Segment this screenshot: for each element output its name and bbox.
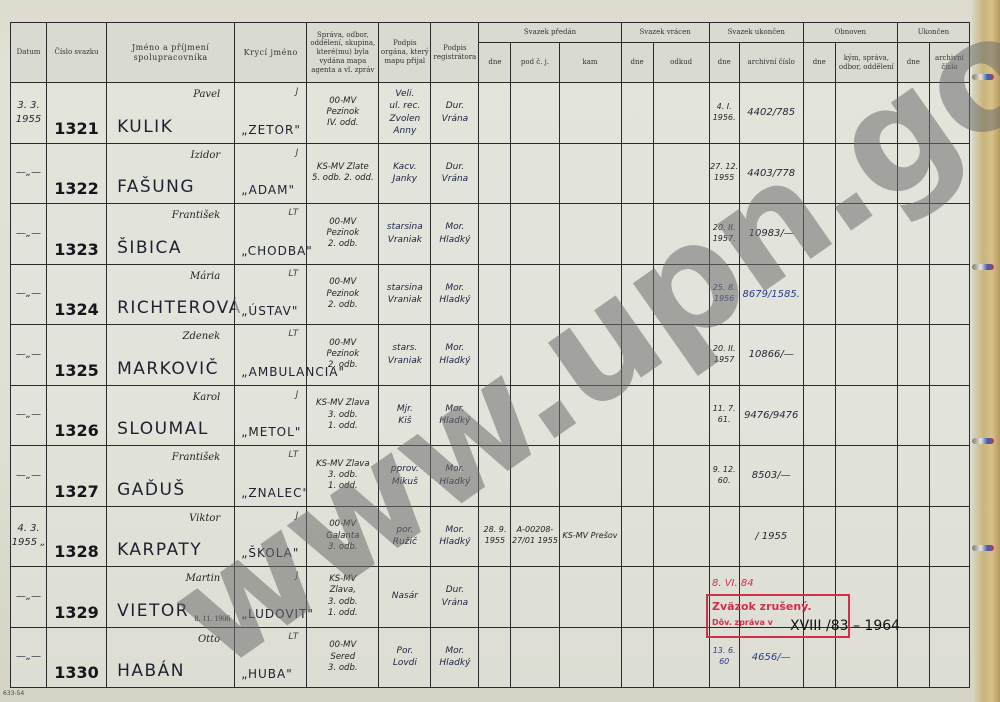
cell-ukoncen-archivni: 4403/778 xyxy=(739,143,803,204)
table-row: 3. 3. 1955 1321 Pavel KULIK J „ZETOR" 00… xyxy=(11,83,970,144)
header-cislo-svazku: Číslo svazku xyxy=(47,23,107,83)
cell-cislo: 1325 xyxy=(47,325,107,386)
line: Hladký xyxy=(431,355,478,368)
cell-vracen-odkud xyxy=(653,446,709,507)
cell-registrar-signature: Dur.Vrána xyxy=(431,83,479,144)
line: Vraniak xyxy=(379,355,430,368)
last-name: RICHTEROVÁ xyxy=(117,298,242,318)
category-mark: LT xyxy=(288,208,298,218)
binder-spine xyxy=(972,0,1000,702)
volume-number: 1322 xyxy=(54,179,99,198)
cell-ukoncen-archivni: 9476/9476 xyxy=(739,385,803,446)
cell-department: KS-MVZlava,3. odb.1. odd. xyxy=(307,567,379,628)
line: Zlava, xyxy=(307,585,378,596)
line: Dur. xyxy=(431,584,478,597)
cell-obnoven-kym xyxy=(835,325,897,386)
cell-registrar-signature: Mor.Hladký xyxy=(431,627,479,688)
cell-ukoncen-dne xyxy=(709,506,739,567)
cell-ukoncen-dne: 9. 12. 60. xyxy=(709,446,739,507)
last-name: VIETOR xyxy=(117,601,189,621)
cell-organ-signature: Por.Lovdi xyxy=(379,627,431,688)
line: Mikuš xyxy=(379,476,430,489)
last-name: MARKOVIČ xyxy=(117,359,219,379)
line: Mor. xyxy=(431,342,478,355)
line: Hladký xyxy=(431,657,478,670)
line: Hladký xyxy=(431,536,478,549)
first-name: Otto xyxy=(198,634,220,645)
line: Pezinok xyxy=(307,289,378,300)
header-ukoncen2-dne: dne xyxy=(897,43,929,83)
cover-name: „ADAM" xyxy=(241,183,295,197)
cell-ukoncen2-archivni xyxy=(929,83,969,144)
cell-datum: —„— xyxy=(11,264,47,325)
last-name: GAĎUŠ xyxy=(117,480,186,500)
line: 3. odb. xyxy=(307,410,378,421)
line: KS-MV Zlava xyxy=(307,398,378,409)
form-code: 633-54 xyxy=(3,690,24,697)
cell-predan-cj xyxy=(511,204,559,265)
cell-ukoncen-dne: 4. I. 1956. xyxy=(709,83,739,144)
cell-obnoven-dne xyxy=(803,143,835,204)
cell-predan-dne xyxy=(479,385,511,446)
cell-department: KS-MV Zlava3. odb.1. odd. xyxy=(307,385,379,446)
register-table: Datum Číslo svazku Jméno a příjmení spol… xyxy=(10,22,970,688)
volume-number: 1326 xyxy=(54,421,99,440)
cell-vracen-dne xyxy=(621,264,653,325)
first-name: Pavel xyxy=(193,89,220,100)
volume-number: 1323 xyxy=(54,240,99,259)
cell-ukoncen-archivni: 8679/1585. xyxy=(739,264,803,325)
volume-number: 1324 xyxy=(54,300,99,319)
line: Kacv. xyxy=(379,161,430,174)
cell-cislo: 1326 xyxy=(47,385,107,446)
line: Vraniak xyxy=(379,234,430,247)
cell-cislo: 1321 xyxy=(47,83,107,144)
last-name: KARPATY xyxy=(117,540,202,560)
cell-ukoncen2-archivni xyxy=(929,325,969,386)
cell-ukoncen2-archivni xyxy=(929,567,969,628)
cell-ukoncen-dne: 27. 12. 1955 xyxy=(709,143,739,204)
last-name: FAŠUNG xyxy=(117,177,195,197)
birth-date: 8. 11. 1906 xyxy=(195,614,231,623)
line: Nasár xyxy=(379,590,430,603)
line: 00-MV xyxy=(307,217,378,228)
binder-ring xyxy=(972,545,994,551)
stamp-date: 8. VI. 84 xyxy=(712,578,754,589)
cell-predan-cj xyxy=(511,264,559,325)
cell-predan-dne xyxy=(479,204,511,265)
cell-cover-name: LT „ÚSTAV" xyxy=(235,264,307,325)
cell-organ-signature: starsinaVraniak xyxy=(379,204,431,265)
cell-registrar-signature: Dur.Vrána xyxy=(431,143,479,204)
line: Ružič xyxy=(379,536,430,549)
cell-vracen-dne xyxy=(621,446,653,507)
cell-organ-signature: starsinaVraniak xyxy=(379,264,431,325)
line: Mor. xyxy=(431,524,478,537)
ledger-page: Datum Číslo svazku Jméno a příjmení spol… xyxy=(0,0,1000,702)
cell-cover-name: J „ŠKOLA" xyxy=(235,506,307,567)
cell-predan-kam xyxy=(559,143,621,204)
category-mark: LT xyxy=(288,269,298,279)
cell-department: 00-MVPezinokIV. odd. xyxy=(307,83,379,144)
cell-predan-cj: A-00208-27/01 1955 xyxy=(511,506,559,567)
header-podpis-organu: Podpis orgána, který mapu přijal xyxy=(379,23,431,83)
cell-obnoven-dne xyxy=(803,325,835,386)
line: KS-MV Zlava xyxy=(307,459,378,470)
cell-cislo: 1329 xyxy=(47,567,107,628)
volume-number: 1328 xyxy=(54,542,99,561)
cell-ukoncen-archivni: / 1955 xyxy=(739,506,803,567)
first-name: Zdenek xyxy=(183,331,221,342)
cell-datum: 4. 3. 1955 „ xyxy=(11,506,47,567)
cell-obnoven-dne xyxy=(803,385,835,446)
cell-predan-kam xyxy=(559,83,621,144)
cell-ukoncen2-archivni xyxy=(929,506,969,567)
last-name: ŠIBICA xyxy=(117,238,182,258)
first-name: František xyxy=(172,452,220,463)
cell-department: 00-MVGalanta3. odb. xyxy=(307,506,379,567)
cell-ukoncen2-dne xyxy=(897,83,929,144)
line: Galanta xyxy=(307,531,378,542)
cell-cover-name: J „ADAM" xyxy=(235,143,307,204)
cell-predan-cj xyxy=(511,83,559,144)
header-predan-cj: pod č. j. xyxy=(511,43,559,83)
cell-ukoncen2-dne xyxy=(897,627,929,688)
line: 00-MV xyxy=(307,640,378,651)
cell-organ-signature: pprov.Mikuš xyxy=(379,446,431,507)
cell-cislo: 1328 xyxy=(47,506,107,567)
cell-ukoncen-dne: 11. 7. 61. xyxy=(709,385,739,446)
line: Sered xyxy=(307,652,378,663)
header-sprava: Správa, odbor, oddělení, skupina, které(… xyxy=(307,23,379,83)
cell-obnoven-kym xyxy=(835,385,897,446)
cell-vracen-odkud xyxy=(653,506,709,567)
line: KS-MV Zlate xyxy=(307,162,378,173)
line: Hladký xyxy=(431,476,478,489)
header-predan-dne: dne xyxy=(479,43,511,83)
cell-obnoven-dne xyxy=(803,264,835,325)
first-name: Mária xyxy=(190,271,220,282)
volume-number: 1330 xyxy=(54,663,99,682)
cell-department: 00-MVSered3. odb. xyxy=(307,627,379,688)
cover-name: „HUBA" xyxy=(241,667,293,681)
category-mark: J xyxy=(296,511,299,521)
cell-organ-signature: stars.Vraniak xyxy=(379,325,431,386)
cell-registrar-signature: Mor.Hladký xyxy=(431,385,479,446)
volume-number: 1321 xyxy=(54,119,99,138)
cell-predan-dne xyxy=(479,83,511,144)
header-kryci-jmeno: Krycí jméno xyxy=(235,23,307,83)
cell-registrar-signature: Mor.Hladký xyxy=(431,446,479,507)
line: Pezinok xyxy=(307,349,378,360)
cell-ukoncen2-dne xyxy=(897,446,929,507)
line: 00-MV xyxy=(307,519,378,530)
line: 1. odd. xyxy=(307,481,378,492)
cell-obnoven-kym xyxy=(835,83,897,144)
cell-name: Mária RICHTEROVÁ xyxy=(107,264,235,325)
cell-name: Zdenek MARKOVIČ xyxy=(107,325,235,386)
cell-predan-kam xyxy=(559,385,621,446)
line: Kiš xyxy=(379,415,430,428)
cell-ukoncen2-dne xyxy=(897,325,929,386)
line: Mor. xyxy=(431,645,478,658)
cell-ukoncen-dne: 25. 8. 1956 xyxy=(709,264,739,325)
line: Vrána xyxy=(431,113,478,126)
header-ukoncen2-archivni: archivní číslo xyxy=(929,43,969,83)
header-ukoncen-dne: dne xyxy=(709,43,739,83)
cell-obnoven-dne xyxy=(803,204,835,265)
cell-datum: —„— xyxy=(11,627,47,688)
cell-organ-signature: por.Ružič xyxy=(379,506,431,567)
cell-vracen-dne xyxy=(621,627,653,688)
cell-department: KS-MV Zlate5. odb. 2. odd. xyxy=(307,143,379,204)
first-name: Karol xyxy=(193,392,220,403)
cell-ukoncen-archivni: 4402/785 xyxy=(739,83,803,144)
cell-name: Viktor KARPATY xyxy=(107,506,235,567)
cell-cover-name: LT „ZNALEC" xyxy=(235,446,307,507)
cell-registrar-signature: Mor.Hladký xyxy=(431,506,479,567)
header-vracen-dne: dne xyxy=(621,43,653,83)
cell-name: František ŠIBICA xyxy=(107,204,235,265)
line: Hladký xyxy=(431,234,478,247)
cell-cislo: 1330 xyxy=(47,627,107,688)
cell-cover-name: J „METOL" xyxy=(235,385,307,446)
cell-obnoven-kym xyxy=(835,204,897,265)
cell-cover-name: J „ZETOR" xyxy=(235,83,307,144)
line: ul. rec. xyxy=(379,100,430,113)
cover-name: „AMBULANCIA" xyxy=(241,365,345,379)
cell-predan-cj xyxy=(511,446,559,507)
cell-vracen-dne xyxy=(621,567,653,628)
table-row: —„— 1325 Zdenek MARKOVIČ LT „AMBULANCIA"… xyxy=(11,325,970,386)
header-podpis-registratora: Podpis registrátora xyxy=(431,23,479,83)
cell-name: Martin VIETOR 8. 11. 1906 xyxy=(107,567,235,628)
cell-obnoven-kym xyxy=(835,264,897,325)
cell-organ-signature: Mjr.Kiš xyxy=(379,385,431,446)
cell-predan-kam xyxy=(559,325,621,386)
cell-ukoncen2-archivni xyxy=(929,446,969,507)
line: starsina xyxy=(379,282,430,295)
line: Anny xyxy=(379,125,430,138)
volume-number: 1329 xyxy=(54,603,99,622)
cell-ukoncen2-dne xyxy=(897,506,929,567)
cell-ukoncen2-archivni xyxy=(929,627,969,688)
cell-registrar-signature: Dur.Vrána xyxy=(431,567,479,628)
line: Mjr. xyxy=(379,403,430,416)
cell-vracen-dne xyxy=(621,83,653,144)
cell-predan-dne xyxy=(479,325,511,386)
cell-vracen-dne xyxy=(621,385,653,446)
cell-ukoncen2-dne xyxy=(897,385,929,446)
cover-name: „CHODBA" xyxy=(241,244,313,258)
header-obnoven: Obnoven xyxy=(803,23,897,43)
cover-name: „LUDOVIT" xyxy=(241,607,314,621)
line: 1. odd. xyxy=(307,608,378,619)
line: Dur. xyxy=(431,161,478,174)
header-datum: Datum xyxy=(11,23,47,83)
cell-predan-cj xyxy=(511,567,559,628)
line: 5. odb. 2. odd. xyxy=(307,173,378,184)
cell-name: Otto HABÁN xyxy=(107,627,235,688)
last-name: KULIK xyxy=(117,117,173,137)
cell-vracen-dne xyxy=(621,506,653,567)
cell-predan-dne: 28. 9. 1955 xyxy=(479,506,511,567)
cell-obnoven-kym xyxy=(835,143,897,204)
line: Mor. xyxy=(431,221,478,234)
cell-datum: —„— xyxy=(11,325,47,386)
binder-ring xyxy=(972,74,994,80)
line: 3. odb. xyxy=(307,470,378,481)
cell-registrar-signature: Mor.Hladký xyxy=(431,325,479,386)
line: 3. odb. xyxy=(307,597,378,608)
line: Vrána xyxy=(431,597,478,610)
line: Por. xyxy=(379,645,430,658)
line: pprov. xyxy=(379,463,430,476)
cell-obnoven-kym xyxy=(835,506,897,567)
cell-predan-dne xyxy=(479,143,511,204)
line: KS-MV xyxy=(307,574,378,585)
line: 2. odb. xyxy=(307,239,378,250)
line: Pezinok xyxy=(307,107,378,118)
cell-datum: —„— xyxy=(11,204,47,265)
cell-vracen-odkud xyxy=(653,385,709,446)
cell-cislo: 1323 xyxy=(47,204,107,265)
header-svazek-vracen: Svazek vrácen xyxy=(621,23,709,43)
cell-predan-cj xyxy=(511,143,559,204)
cell-ukoncen2-archivni xyxy=(929,264,969,325)
cell-predan-cj xyxy=(511,627,559,688)
cell-vracen-odkud xyxy=(653,264,709,325)
cell-ukoncen2-dne xyxy=(897,567,929,628)
category-mark: J xyxy=(296,87,299,97)
cell-ukoncen-archivni: 8503/— xyxy=(739,446,803,507)
category-mark: J xyxy=(296,571,299,581)
line: 1. odd. xyxy=(307,421,378,432)
line: 00-MV xyxy=(307,277,378,288)
line: 2. odb. xyxy=(307,300,378,311)
line: Vrána xyxy=(431,173,478,186)
line: 00-MV xyxy=(307,338,378,349)
cell-obnoven-dne xyxy=(803,506,835,567)
cell-registrar-signature: Mor.Hladký xyxy=(431,204,479,265)
line: Lovdi xyxy=(379,657,430,670)
line: 3. odb. xyxy=(307,663,378,674)
binder-ring xyxy=(972,264,994,270)
cell-cover-name: J „LUDOVIT" xyxy=(235,567,307,628)
cell-predan-kam xyxy=(559,627,621,688)
cover-name: „ZNALEC" xyxy=(241,486,309,500)
first-name: Viktor xyxy=(189,513,220,524)
cell-vracen-dne xyxy=(621,204,653,265)
table-row: —„— 1324 Mária RICHTEROVÁ LT „ÚSTAV" 00-… xyxy=(11,264,970,325)
line: Hladký xyxy=(431,294,478,307)
header-ukoncen: Ukončen xyxy=(897,23,969,43)
cell-predan-kam xyxy=(559,204,621,265)
table-row: —„— 1326 Karol SLOUMAL J „METOL" KS-MV Z… xyxy=(11,385,970,446)
cell-ukoncen2-archivni xyxy=(929,204,969,265)
cell-ukoncen2-archivni xyxy=(929,385,969,446)
cell-vracen-odkud xyxy=(653,627,709,688)
line: Mor. xyxy=(431,463,478,476)
cell-ukoncen-dne: 20. II. 1957. xyxy=(709,204,739,265)
last-name: HABÁN xyxy=(117,661,185,681)
cell-datum: —„— xyxy=(11,385,47,446)
cell-cislo: 1322 xyxy=(47,143,107,204)
category-mark: LT xyxy=(288,632,298,642)
line: Janky xyxy=(379,173,430,186)
line: Mor. xyxy=(431,403,478,416)
table-row: —„— 1323 František ŠIBICA LT „CHODBA" 00… xyxy=(11,204,970,265)
line: Vraniak xyxy=(379,294,430,307)
line: starsina xyxy=(379,221,430,234)
cell-vracen-dne xyxy=(621,325,653,386)
cell-predan-cj xyxy=(511,385,559,446)
stamp-reference: XVIII /83 – 1964 xyxy=(790,618,900,634)
header-obnoven-kym: kým, správa, odbor, oddělení xyxy=(835,43,897,83)
cell-department: 00-MVPezinok2. odb. xyxy=(307,204,379,265)
header-svazek-predan: Svazek předán xyxy=(479,23,621,43)
category-mark: LT xyxy=(288,450,298,460)
cell-predan-cj xyxy=(511,325,559,386)
table-row: —„— 1322 Izidor FAŠUNG J „ADAM" KS-MV Zl… xyxy=(11,143,970,204)
cover-name: „ŠKOLA" xyxy=(241,546,299,560)
cover-name: „ZETOR" xyxy=(241,123,301,137)
cell-cover-name: LT „HUBA" xyxy=(235,627,307,688)
line: stars. xyxy=(379,342,430,355)
cell-obnoven-kym xyxy=(835,446,897,507)
cell-predan-kam xyxy=(559,446,621,507)
cell-predan-kam xyxy=(559,264,621,325)
first-name: Martin xyxy=(186,573,221,584)
cell-ukoncen2-archivni xyxy=(929,143,969,204)
cell-vracen-dne xyxy=(621,143,653,204)
header-predan-kam: kam xyxy=(559,43,621,83)
cell-datum: 3. 3. 1955 xyxy=(11,83,47,144)
cell-cover-name: LT „AMBULANCIA" xyxy=(235,325,307,386)
cell-ukoncen-archivni: 10983/— xyxy=(739,204,803,265)
header-ukoncen-archivni: archivní číslo xyxy=(739,43,803,83)
volume-number: 1325 xyxy=(54,361,99,380)
table-row: 4. 3. 1955 „ 1328 Viktor KARPATY J „ŠKOL… xyxy=(11,506,970,567)
cell-name: Karol SLOUMAL xyxy=(107,385,235,446)
category-mark: J xyxy=(296,390,299,400)
cell-department: 00-MVPezinok2. odb. xyxy=(307,264,379,325)
cell-obnoven-dne xyxy=(803,83,835,144)
cell-datum: —„— xyxy=(11,567,47,628)
cell-predan-dne xyxy=(479,264,511,325)
line: IV. odd. xyxy=(307,118,378,129)
line: por. xyxy=(379,524,430,537)
line: Mor. xyxy=(431,282,478,295)
line: 3. odb. xyxy=(307,542,378,553)
cell-vracen-odkud xyxy=(653,567,709,628)
cell-predan-dne xyxy=(479,567,511,628)
last-name: SLOUMAL xyxy=(117,419,209,439)
cell-vracen-odkud xyxy=(653,83,709,144)
volume-number: 1327 xyxy=(54,482,99,501)
table-row: —„— 1327 František GAĎUŠ LT „ZNALEC" KS-… xyxy=(11,446,970,507)
header-svazek-ukoncen: Svazek ukončen xyxy=(709,23,803,43)
cell-predan-dne xyxy=(479,627,511,688)
cell-department: KS-MV Zlava3. odb.1. odd. xyxy=(307,446,379,507)
line: Dur. xyxy=(431,100,478,113)
cell-ukoncen2-dne xyxy=(897,204,929,265)
first-name: František xyxy=(172,210,220,221)
line: Pezinok xyxy=(307,228,378,239)
header-jmeno: Jméno a příjmení spolupracovníka xyxy=(107,23,235,83)
category-mark: J xyxy=(296,148,299,158)
cell-name: Izidor FAŠUNG xyxy=(107,143,235,204)
